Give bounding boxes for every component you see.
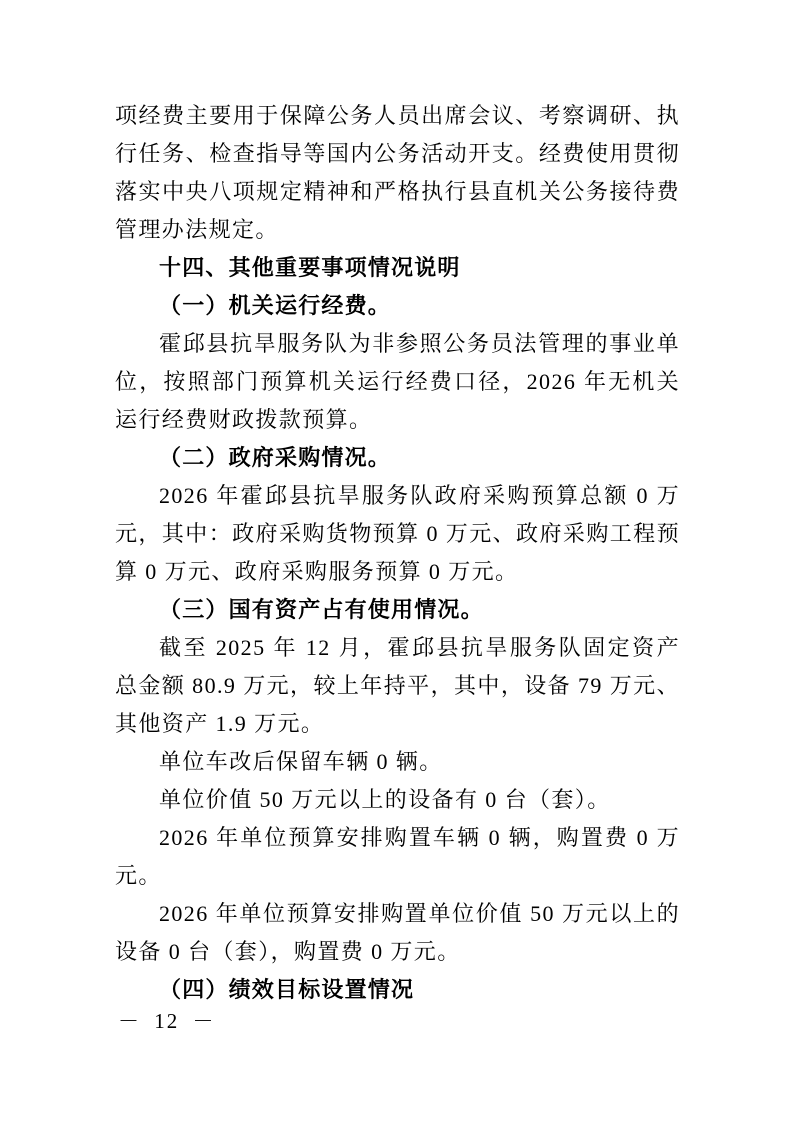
paragraph-equipment-purchase-budget: 2026 年单位预算安排购置单位价值 50 万元以上的设备 0 台（套），购置费… — [115, 895, 680, 971]
subsection-heading-2-government-procurement: （二）政府采购情况。 — [115, 439, 680, 477]
subsection-heading-3-state-assets: （三）国有资产占有使用情况。 — [115, 591, 680, 629]
paragraph-expense-usage: 项经费主要用于保障公务人员出席会议、考察调研、执行任务、检查指导等国内公务活动开… — [115, 97, 680, 249]
document-page: 项经费主要用于保障公务人员出席会议、考察调研、执行任务、检查指导等国内公务活动开… — [0, 0, 793, 1122]
paragraph-vehicle-purchase-budget: 2026 年单位预算安排购置车辆 0 辆，购置费 0 万元。 — [115, 819, 680, 895]
paragraph-fixed-assets-total: 截至 2025 年 12 月，霍邱县抗旱服务队固定资产总金额 80.9 万元，较… — [115, 629, 680, 743]
section-heading-14-other-important-items: 十四、其他重要事项情况说明 — [115, 249, 680, 287]
paragraph-agency-operating-funds: 霍邱县抗旱服务队为非参照公务员法管理的事业单位，按照部门预算机关运行经费口径，2… — [115, 325, 680, 439]
paragraph-equipment-over-500k: 单位价值 50 万元以上的设备有 0 台（套）。 — [115, 781, 680, 819]
paragraph-retained-vehicles: 单位车改后保留车辆 0 辆。 — [115, 743, 680, 781]
page-number: － 12 － — [118, 1005, 216, 1035]
paragraph-government-procurement: 2026 年霍邱县抗旱服务队政府采购预算总额 0 万元，其中：政府采购货物预算 … — [115, 477, 680, 591]
subsection-heading-1-agency-operating-funds: （一）机关运行经费。 — [115, 287, 680, 325]
subsection-heading-4-performance-targets: （四）绩效目标设置情况 — [115, 971, 680, 1009]
document-body: 项经费主要用于保障公务人员出席会议、考察调研、执行任务、检查指导等国内公务活动开… — [115, 97, 680, 1009]
